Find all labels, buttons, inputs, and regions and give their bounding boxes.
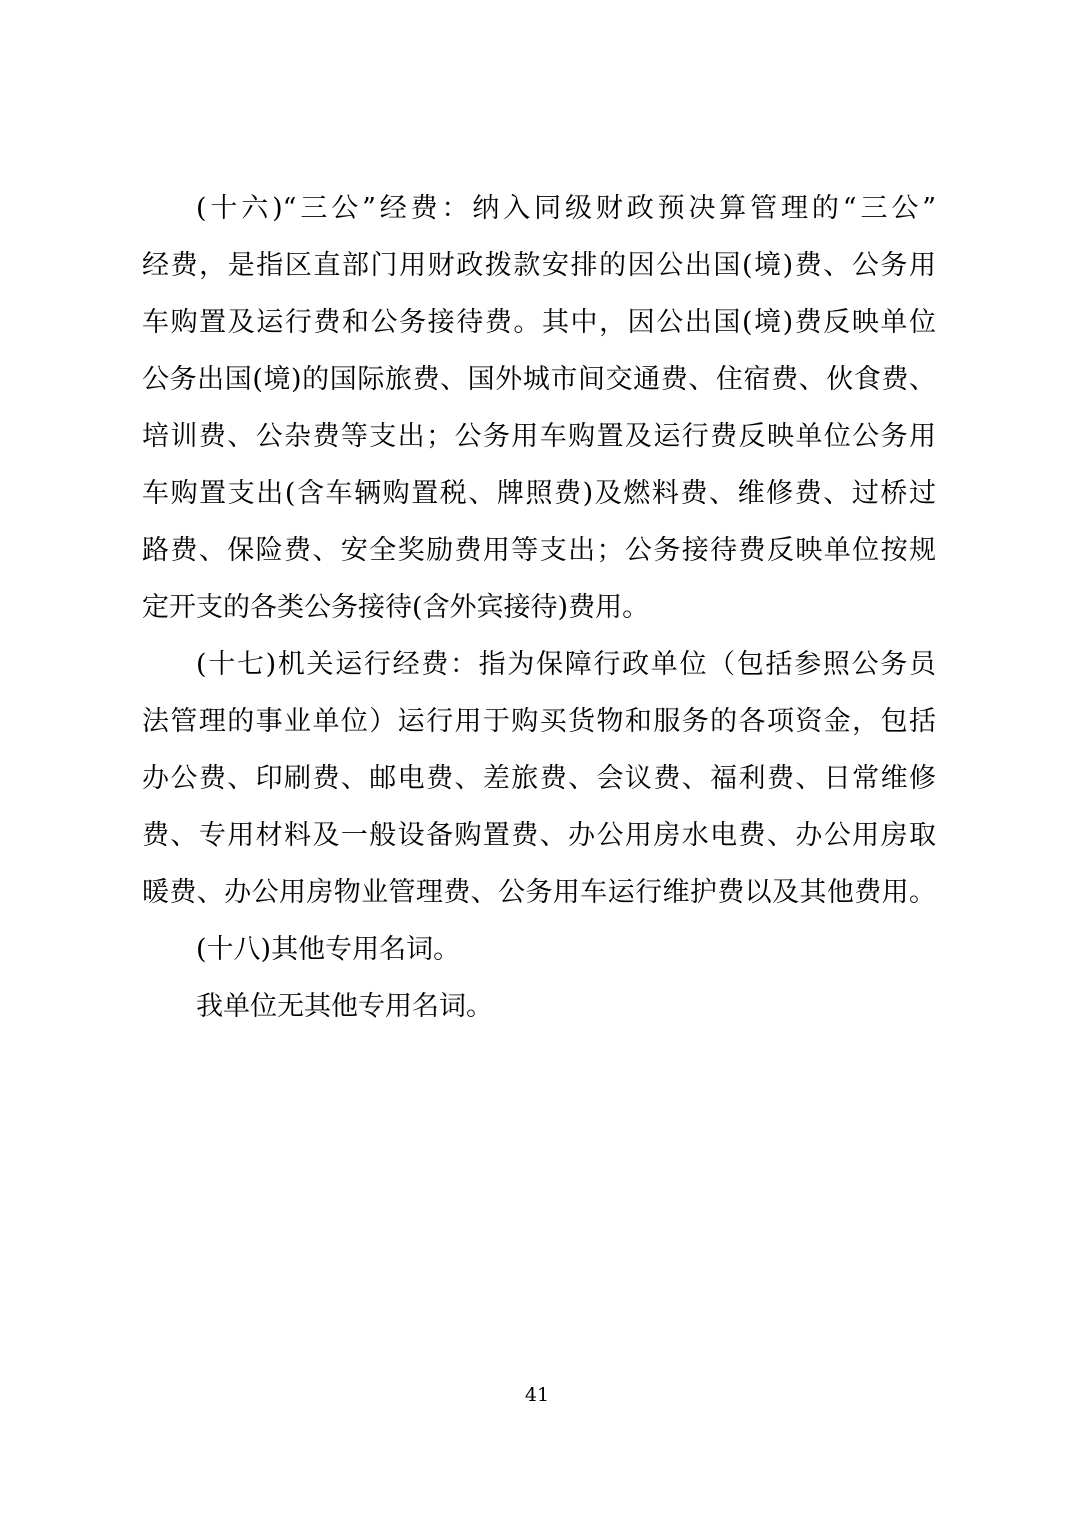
text-line: 我单位无其他专用名词。 <box>142 978 936 1035</box>
text-line: (十六)“三公”经费：纳入同级财政预决算管理的“三公” <box>142 180 936 237</box>
text-line: 车购置及运行费和公务接待费。其中，因公出国(境)费反映单位 <box>142 294 936 351</box>
page-number: 41 <box>0 1383 1074 1407</box>
text-line: 经费，是指区直部门用财政拨款安排的因公出国(境)费、公务用 <box>142 237 936 294</box>
text-line: 车购置支出(含车辆购置税、牌照费)及燃料费、维修费、过桥过 <box>142 465 936 522</box>
text-line: 培训费、公杂费等支出；公务用车购置及运行费反映单位公务用 <box>142 408 936 465</box>
text-line: 定开支的各类公务接待(含外宾接待)费用。 <box>142 579 936 636</box>
text-line: 公务出国(境)的国际旅费、国外城市间交通费、住宿费、伙食费、 <box>142 351 936 408</box>
text-line: 路费、保险费、安全奖励费用等支出；公务接待费反映单位按规 <box>142 522 936 579</box>
text-line: (十八)其他专用名词。 <box>142 921 936 978</box>
text-line: 法管理的事业单位）运行用于购买货物和服务的各项资金，包括 <box>142 693 936 750</box>
text-line: (十七)机关运行经费：指为保障行政单位（包括参照公务员 <box>142 636 936 693</box>
text-line: 办公费、印刷费、邮电费、差旅费、会议费、福利费、日常维修 <box>142 750 936 807</box>
text-line: 费、专用材料及一般设备购置费、办公用房水电费、办公用房取 <box>142 807 936 864</box>
document-body: (十六)“三公”经费：纳入同级财政预决算管理的“三公” 经费，是指区直部门用财政… <box>142 180 936 1035</box>
text-line: 暖费、办公用房物业管理费、公务用车运行维护费以及其他费用。 <box>142 864 936 921</box>
